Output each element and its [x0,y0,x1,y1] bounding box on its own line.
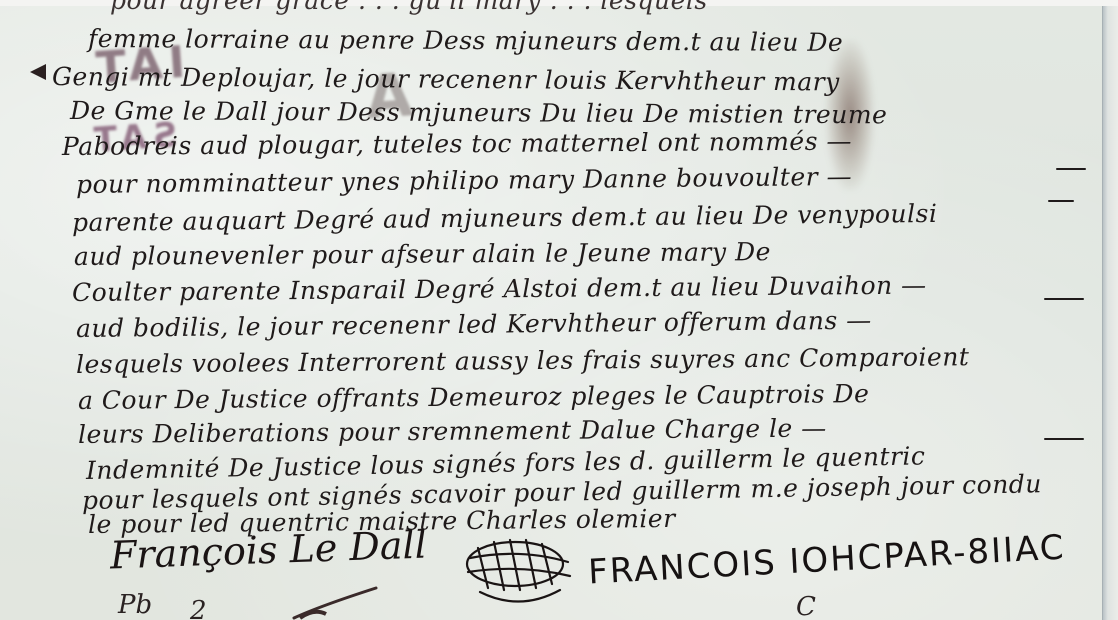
signature-scribble-icon [460,528,580,608]
line-end-dash [1044,298,1084,300]
line-end-dash [1056,168,1086,170]
bottom-fragment: C [796,592,816,620]
margin-arrow-icon [30,64,46,80]
line-end-dash [1048,200,1074,202]
manuscript-line-2: Gengi mt Deploujar, le jour recenenr lou… [52,62,840,96]
document-viewer: IAT A SAT pour agreer grace . . . gu'il … [0,0,1118,620]
page-right-edge [1102,6,1118,620]
manuscript-line-3: De Gme le Dall jour Dess mjuneurs Du lie… [70,96,888,129]
bottom-fragment: 2 [190,596,207,620]
cut-off-line: pour agreer grace . . . gu'il mary . . .… [110,0,708,15]
manuscript-line-7: aud plounevenler pour afseur alain le Je… [74,237,771,271]
pen-stroke-icon [290,584,380,620]
manuscript-line-4: Pabodreis aud plougar, tuteles toc matte… [62,126,852,161]
bottom-fragment: Pb [118,590,152,620]
line-end-dash [1044,438,1084,440]
manuscript-line-1: femme lorraine au penre Dess mjuneurs de… [88,24,843,57]
